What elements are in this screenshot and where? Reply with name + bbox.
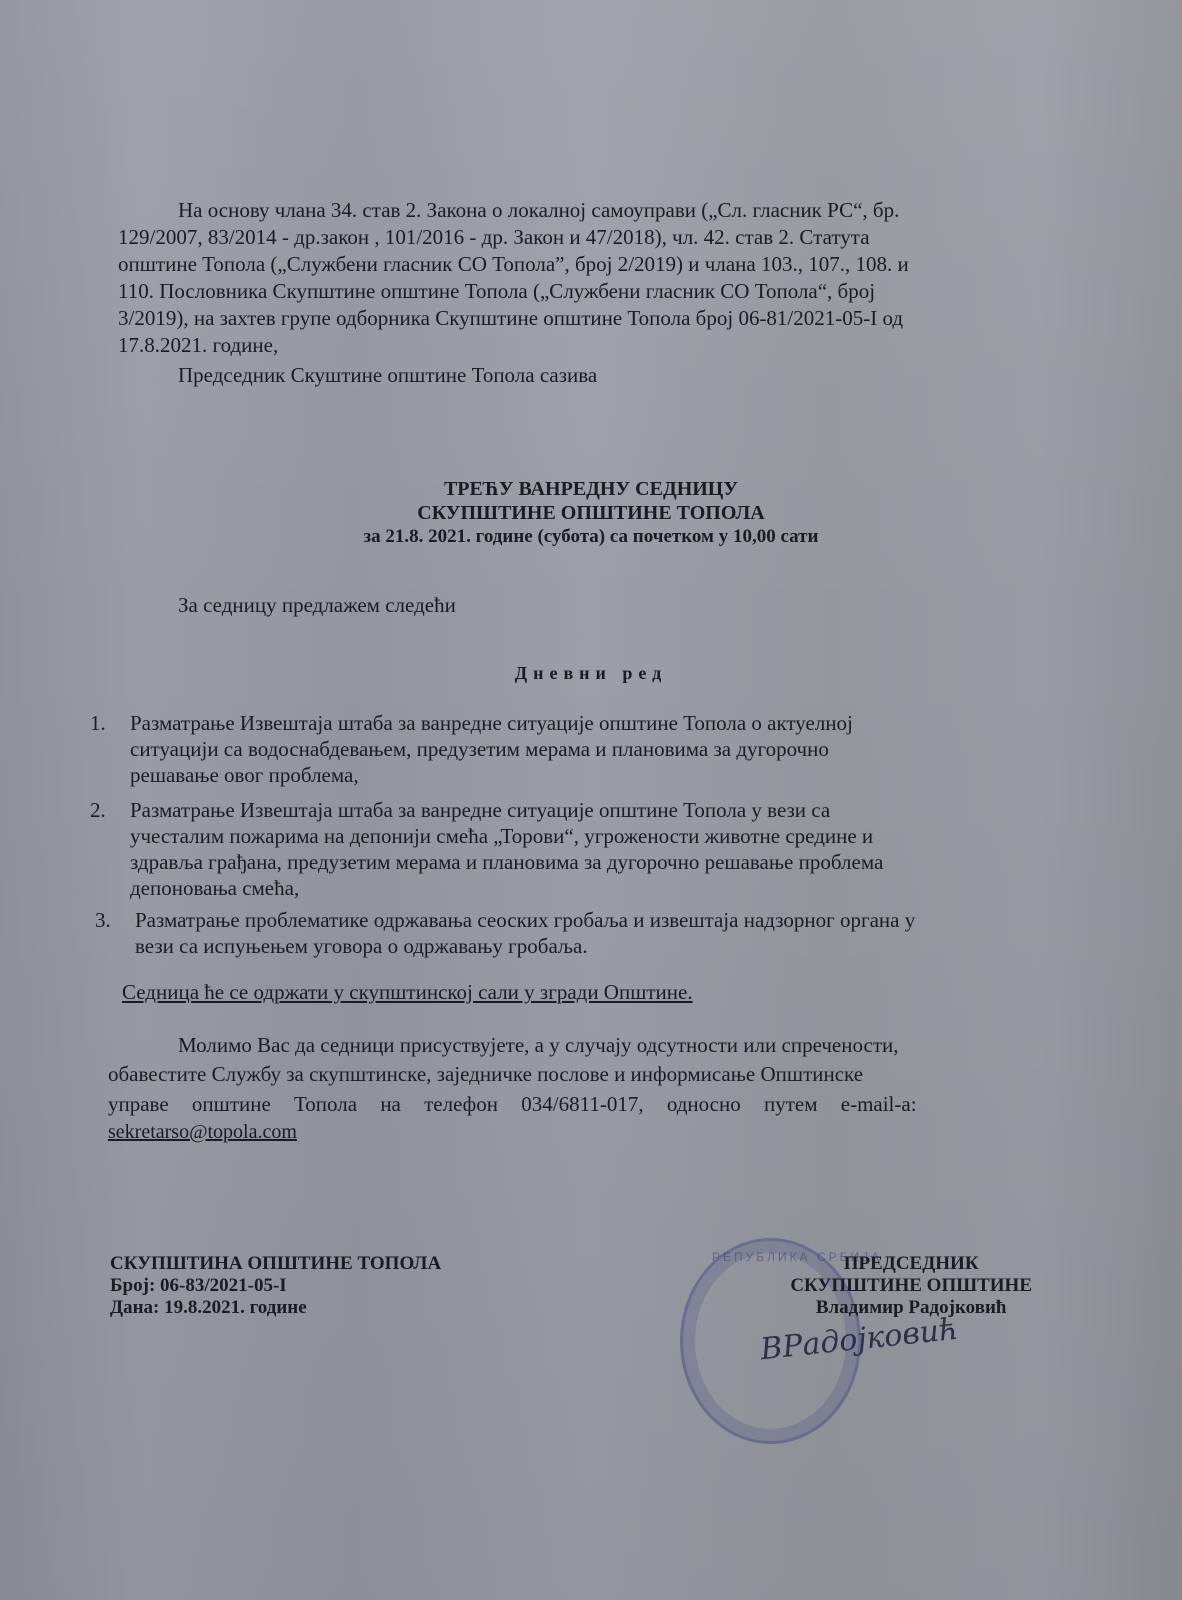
intro-text: 17.8.2021. године, [118,333,278,357]
intro-line: општине Топола („Службени гласник СО Топ… [118,252,1058,277]
intro-text: На основу члана 34. став 2. Закона о лок… [178,198,899,223]
venue-notice: Седница ће се одржати у скупштинској сал… [122,980,693,1005]
agenda-item-text: Разматрање проблематике одржавања сеоски… [135,908,915,933]
request-text: управе општине Топола на телефон 034/681… [108,1092,917,1117]
agenda-item-text: здравља грађана, предузетим мерама и пла… [130,850,883,875]
issuer-block: СКУПШТИНА ОПШТИНЕ ТОПОЛА Број: 06-83/202… [110,1253,441,1319]
signatory-role: ПРЕДСЕДНИК [790,1253,1032,1275]
intro-text: 110. Пословника Скупштине општине Топола… [118,279,875,303]
email-link[interactable]: sekretarso@topola.com [108,1121,297,1144]
request-text: Молимо Вас да седници присуствујете, а у… [178,1033,899,1058]
signatory-role: СКУПШТИНЕ ОПШТИНЕ [790,1275,1032,1297]
session-title: ТРЕЋУ ВАНРЕДНУ СЕДНИЦУ [0,478,1182,501]
intro-line: 129/2007, 83/2014 - др.закон , 101/2016 … [118,225,1058,250]
agenda-item-text: учесталим пожарима на депонији смећа „То… [130,824,873,849]
convenes-text: Председник Скуштине општине Топола сазив… [178,363,597,388]
agenda-item-number: 1. [90,711,106,736]
document-page: На основу члана 34. став 2. Закона о лок… [0,0,1182,1600]
intro-text: 129/2007, 83/2014 - др.закон , 101/2016 … [118,225,870,249]
agenda-item-text: решавање овог проблема, [130,763,359,788]
agenda-item-text: депоновања смећа, [130,876,299,901]
intro-line: 17.8.2021. године, [118,333,1058,358]
agenda-item-number: 3. [95,908,111,933]
intro-text: 3/2019), на захтев групе одборника Скупш… [118,306,903,330]
request-text: обавестите Службу за скупштинске, заједн… [108,1062,863,1087]
intro-line: 110. Пословника Скупштине општине Топола… [118,279,1058,304]
intro-line: 3/2019), на захтев групе одборника Скупш… [118,306,1058,331]
agenda-item-text: Разматрање Извештаја штаба за ванредне с… [130,798,830,823]
issuer-org: СКУПШТИНА ОПШТИНЕ ТОПОЛА [110,1253,441,1275]
document-date: Дана: 19.8.2021. године [110,1297,441,1319]
signatory-block: ПРЕДСЕДНИК СКУПШТИНЕ ОПШТИНЕ Владимир Ра… [790,1253,1032,1319]
intro-text: општине Топола („Службени гласник СО Топ… [118,252,909,276]
session-datetime: за 21.8. 2021. године (субота) са почетк… [0,526,1182,548]
intro-line: На основу члана 34. став 2. Закона о лок… [178,198,1058,223]
session-subtitle: СКУПШТИНЕ ОПШТИНЕ ТОПОЛА [0,502,1182,525]
agenda-title: Дневни ред [0,663,1182,684]
agenda-item-text: вези са испуњењем уговора о одржавању гр… [135,934,588,959]
proposal-text: За седницу предлажем следећи [178,593,456,618]
agenda-item-number: 2. [90,798,106,823]
document-number: Број: 06-83/2021-05-I [110,1275,441,1297]
agenda-item-text: Разматрање Извештаја штаба за ванредне с… [130,711,853,736]
agenda-item-text: ситуацији са водоснабдевањем, предузетим… [130,737,829,762]
